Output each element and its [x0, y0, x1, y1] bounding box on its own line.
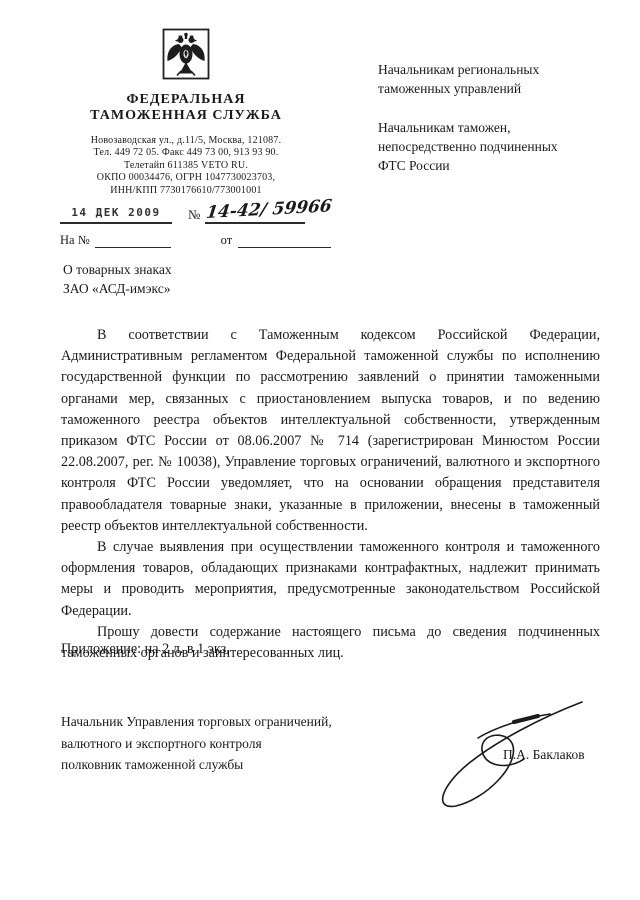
inn-kpp-line: ИНН/КПП 7730176610/773001001	[60, 185, 312, 197]
signer-title-line2: валютного и экспортного контроля	[61, 733, 332, 755]
letterhead: ФЕДЕРАЛЬНАЯ ТАМОЖЕННАЯ СЛУЖБА Новозаводс…	[60, 28, 312, 197]
signer-title: Начальник Управления торговых ограничени…	[61, 711, 332, 776]
org-requisites: Новозаводская ул., д.11/5, Москва, 12108…	[60, 135, 312, 197]
date-number-row: 14 ДЕК 2009 № 14-42/ 59966	[60, 197, 336, 224]
recipient-block-2: Начальникам таможен, непосредственно под…	[378, 118, 606, 175]
number-label: №	[188, 207, 200, 224]
recipient-line: Начальникам региональных	[378, 60, 606, 79]
teletype-line: Телетайп 611385 VETO RU.	[60, 160, 312, 172]
outgoing-number-handwritten: 14-42/ 59966	[205, 196, 333, 223]
reference-block: 14 ДЕК 2009 № 14-42/ 59966 На № от	[60, 197, 336, 248]
incoming-number-label: На №	[60, 233, 90, 248]
attachment-note: Приложение: на 2 л. в 1 экз.	[61, 641, 230, 658]
incoming-ref-row: На № от	[60, 226, 336, 248]
russian-coat-of-arms-icon	[162, 28, 210, 87]
phone-line: Тел. 449 72 05. Факс 449 73 00, 913 93 9…	[60, 147, 312, 159]
date-stamp-field: 14 ДЕК 2009	[60, 203, 172, 224]
signer-title-line3: полковник таможенной службы	[61, 754, 332, 776]
incoming-date-blank	[238, 233, 331, 248]
subject-line2: ЗАО «АСД-имэкс»	[63, 279, 172, 298]
recipient-line: таможенных управлений	[378, 79, 606, 98]
recipient-line: непосредственно подчиненных	[378, 137, 606, 156]
outgoing-number-field: 14-42/ 59966	[205, 198, 305, 224]
org-name-line1: ФЕДЕРАЛЬНАЯ	[60, 92, 312, 108]
okpo-ogrn-line: ОКПО 00034476, ОГРН 1047730023703,	[60, 172, 312, 184]
paragraph-2: В случае выявления при осуществлении там…	[61, 537, 600, 622]
org-name-line2: ТАМОЖЕННАЯ СЛУЖБА	[60, 108, 312, 124]
recipient-block-1: Начальникам региональных таможенных упра…	[378, 60, 606, 98]
address-line: Новозаводская ул., д.11/5, Москва, 12108…	[60, 135, 312, 147]
signer-name: П.А. Баклаков	[503, 747, 585, 763]
incoming-number-blank	[95, 233, 171, 248]
recipients: Начальникам региональных таможенных упра…	[378, 60, 606, 175]
date-stamp: 14 ДЕК 2009	[71, 206, 160, 219]
signer-title-line1: Начальник Управления торговых ограничени…	[61, 711, 332, 733]
paragraph-1: В соответствии с Таможенным кодексом Рос…	[61, 325, 600, 537]
from-label: от	[221, 233, 233, 248]
subject-line1: О товарных знаках	[63, 260, 172, 279]
letter-body: В соответствии с Таможенным кодексом Рос…	[61, 325, 600, 664]
recipient-line: ФТС России	[378, 156, 606, 175]
subject: О товарных знаках ЗАО «АСД-имэкс»	[63, 260, 172, 298]
recipient-line: Начальникам таможен,	[378, 118, 606, 137]
official-letter-page: ФЕДЕРАЛЬНАЯ ТАМОЖЕННАЯ СЛУЖБА Новозаводс…	[0, 0, 640, 900]
